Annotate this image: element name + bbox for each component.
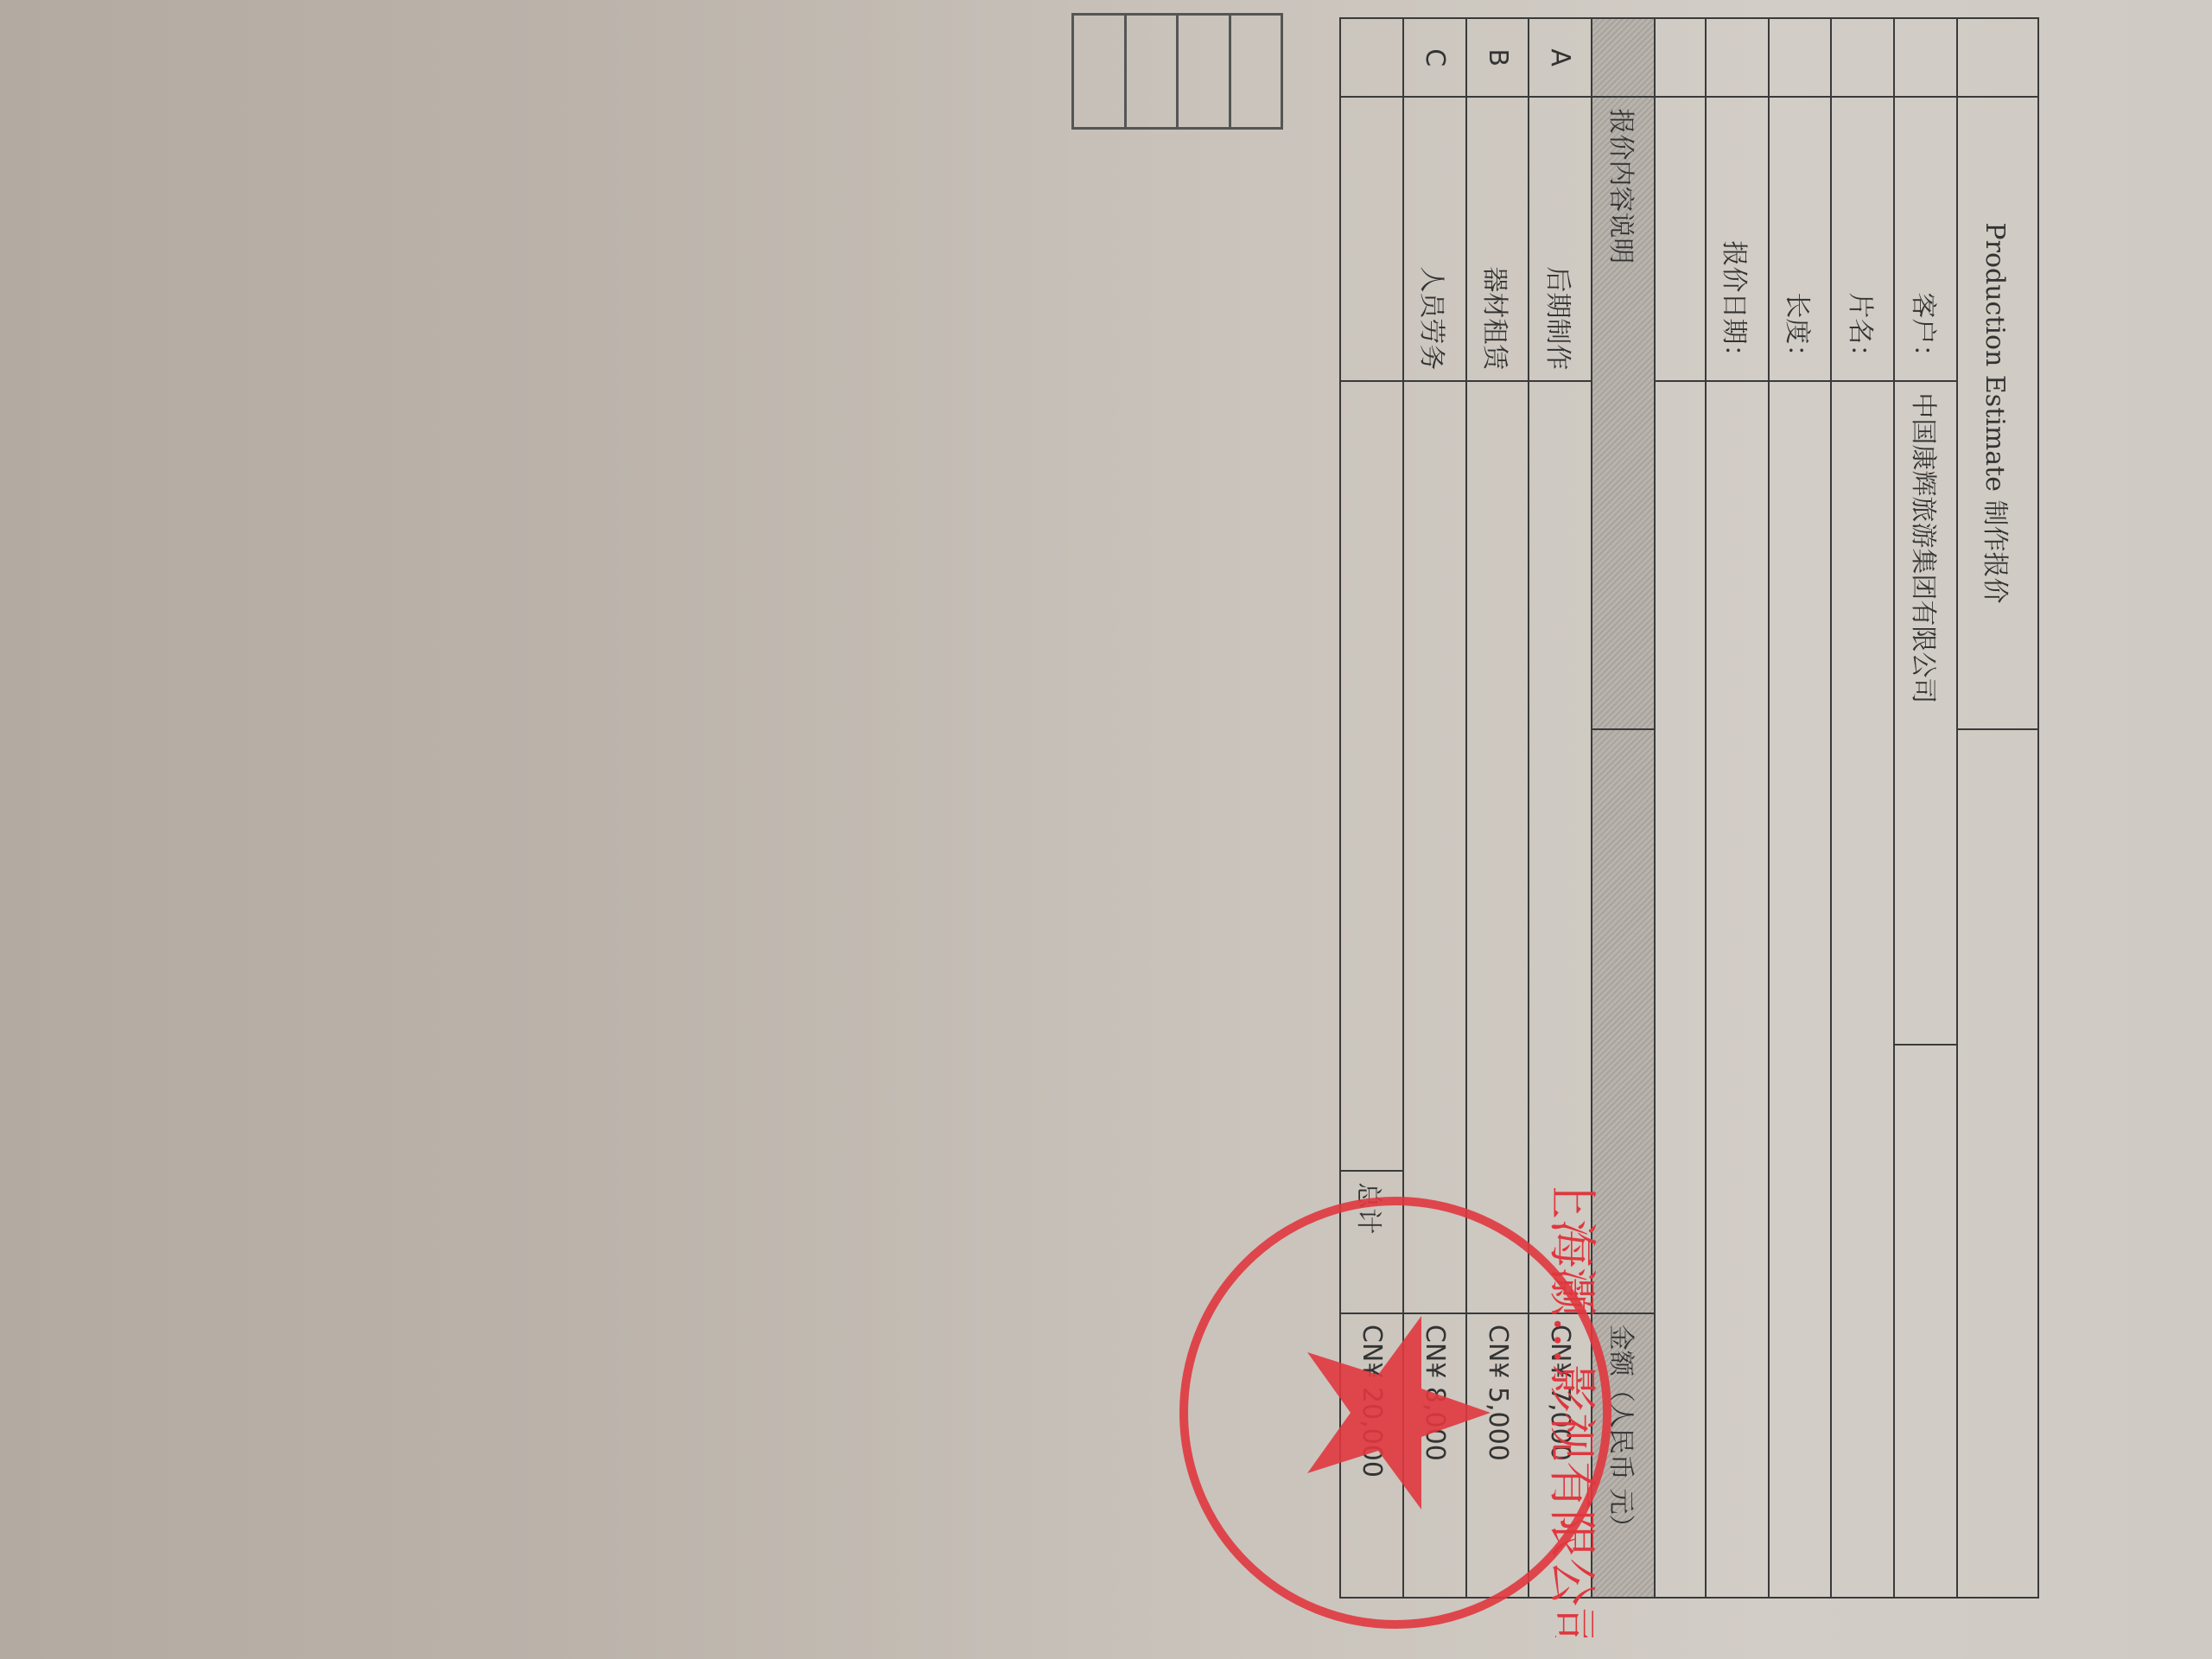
date-value — [1706, 381, 1769, 1598]
length-value — [1769, 381, 1832, 1598]
svg-text:上海灏…影视有限公司: 上海灏…影视有限公司 — [1543, 1188, 1599, 1637]
title-label: 片名： — [1831, 97, 1894, 381]
title-value — [1831, 381, 1894, 1598]
description-header: 报价内容说明 — [1592, 97, 1655, 728]
company-seal-stamp: 上海灏…影视有限公司 — [1171, 1188, 1620, 1637]
length-label: 长度： — [1769, 97, 1832, 381]
client-value: 中国康辉旅游集团有限公司 — [1894, 381, 1957, 1045]
client-label: 客户： — [1894, 97, 1957, 381]
blank-grid-box — [1071, 13, 1283, 130]
date-label: 报价日期： — [1706, 97, 1769, 381]
page-title: Production Estimate 制作报价 — [1957, 97, 2038, 728]
